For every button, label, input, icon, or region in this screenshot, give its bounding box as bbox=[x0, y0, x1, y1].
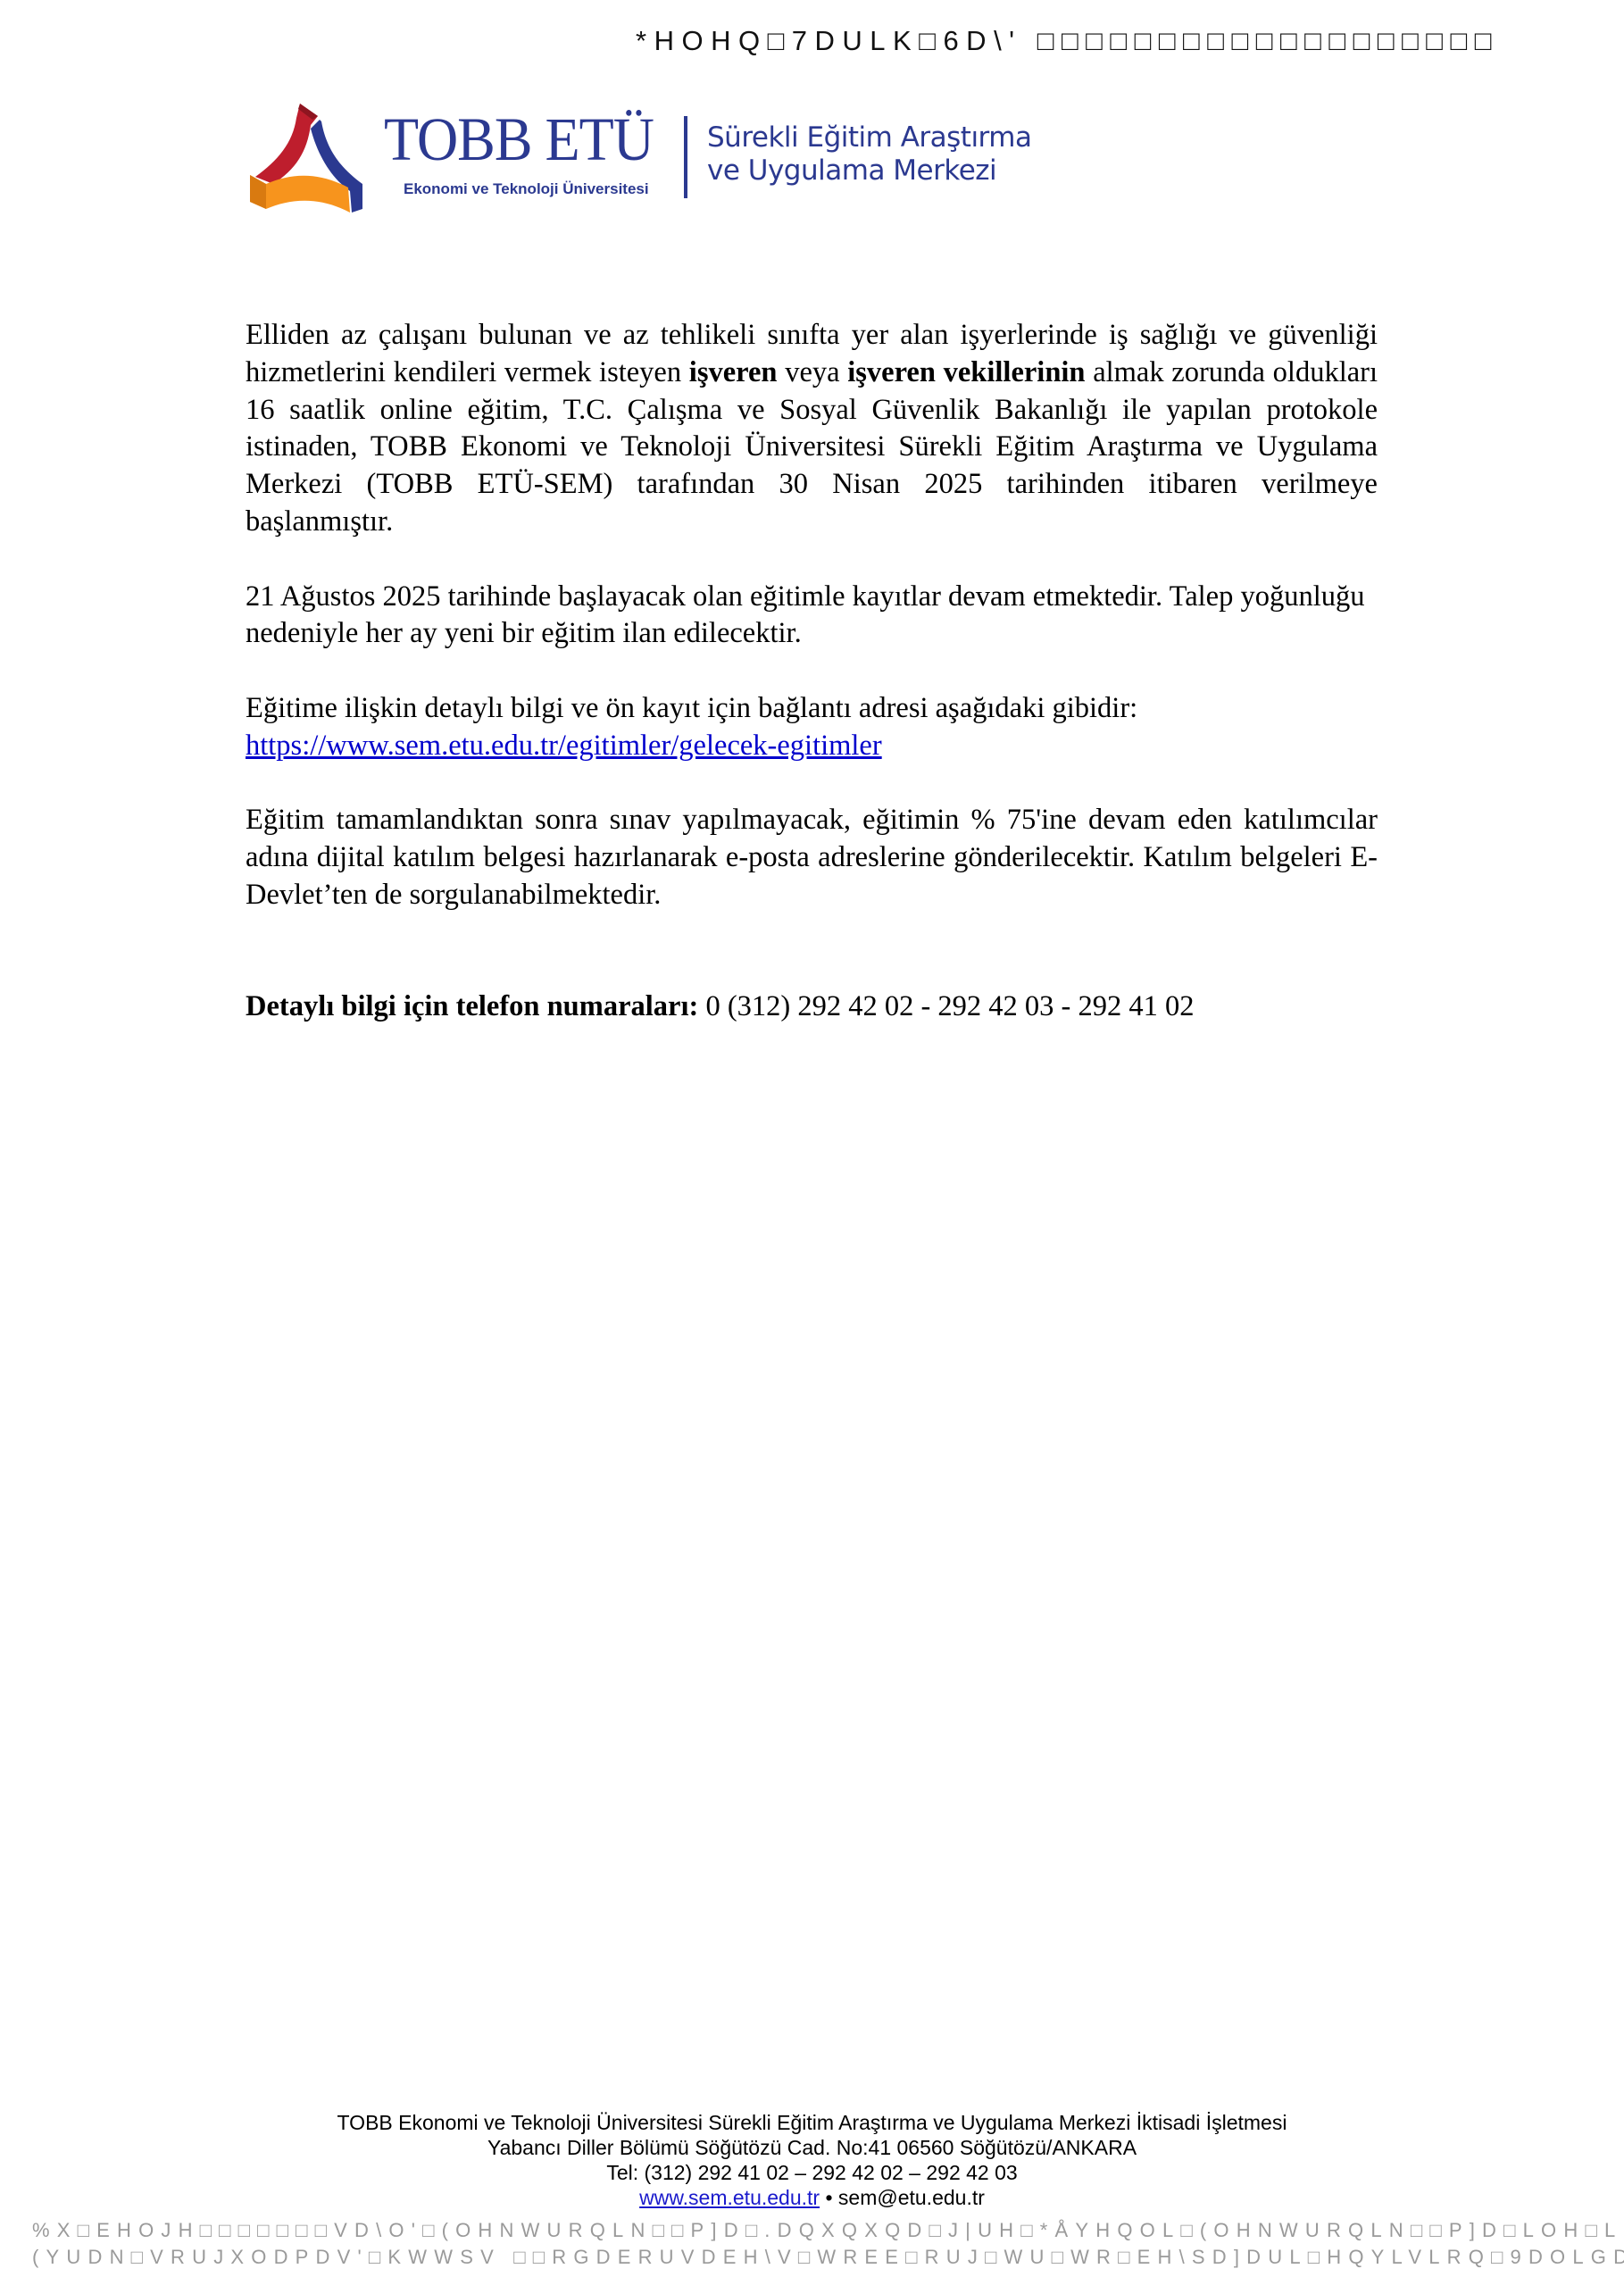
contact-phone-numbers: 0 (312) 292 42 02 - 292 42 03 - 292 41 0… bbox=[698, 990, 1194, 1022]
paragraph-link-text: Eğitime ilişkin detaylı bilgi ve ön kayı… bbox=[246, 692, 1137, 724]
tobb-etu-sem-logo: TOBB ETÜ Ekonomi ve Teknoloji Üniversite… bbox=[246, 98, 1050, 219]
footer: TOBB Ekonomi ve Teknoloji Üniversitesi S… bbox=[0, 2110, 1624, 2210]
contact-phones: Detaylı bilgi için telefon numaraları: 0… bbox=[246, 988, 1378, 1026]
footer-contact-line: www.sem.etu.edu.tr • sem@etu.edu.tr bbox=[0, 2185, 1624, 2210]
document-body: Elliden az çalışanı bulunan ve az tehlik… bbox=[246, 317, 1378, 1063]
garbled-footer-line2: (YUDN□VRUJXODPDV'□KWWSV □□RGDERUVDEH\V□W… bbox=[32, 2246, 1624, 2269]
logo-center-line2: ve Uygulama Merkezi bbox=[707, 154, 1031, 188]
paragraph-intro-bold-1: işveren bbox=[689, 356, 778, 388]
header-garbled-text: *HOHQ□7DULK□6D\' □□□□□□□□□□□□□□□□□□□ bbox=[636, 25, 1499, 57]
paragraph-intro: Elliden az çalışanı bulunan ve az tehlik… bbox=[246, 317, 1378, 541]
logo-divider bbox=[684, 116, 687, 198]
footer-email: sem@etu.edu.tr bbox=[838, 2186, 985, 2209]
paragraph-link: Eğitime ilişkin detaylı bilgi ve ön kayı… bbox=[246, 690, 1378, 765]
footer-website-link[interactable]: www.sem.etu.edu.tr bbox=[639, 2186, 820, 2209]
paragraph-intro-bold-2: işveren vekillerinin bbox=[847, 356, 1085, 388]
paragraph-intro-text-2: veya bbox=[778, 356, 848, 388]
garbled-footer-line1: %X□EHOJH□□□□□□□VD\O'□(OHNWURQLN□□P]D□.DQ… bbox=[32, 2219, 1624, 2242]
footer-separator: • bbox=[820, 2186, 838, 2209]
paragraph-registration: 21 Ağustos 2025 tarihinde başlayacak ola… bbox=[246, 579, 1378, 654]
logo-title: TOBB ETÜ bbox=[384, 109, 654, 171]
registration-link[interactable]: https://www.sem.etu.edu.tr/egitimler/gel… bbox=[246, 730, 882, 762]
paragraph-certificate: Eğitim tamamlandıktan sonra sınav yapılm… bbox=[246, 802, 1378, 913]
logo-subtitle: Ekonomi ve Teknoloji Üniversitesi bbox=[404, 180, 649, 198]
tobb-etu-triangle-logo-icon bbox=[246, 98, 367, 214]
footer-address: Yabancı Diller Bölümü Söğütözü Cad. No:4… bbox=[0, 2135, 1624, 2160]
footer-phone: Tel: (312) 292 41 02 – 292 42 02 – 292 4… bbox=[0, 2160, 1624, 2185]
footer-institution: TOBB Ekonomi ve Teknoloji Üniversitesi S… bbox=[0, 2110, 1624, 2135]
contact-label: Detaylı bilgi için telefon numaraları: bbox=[246, 990, 698, 1022]
logo-center-name: Sürekli Eğitim Araştırma ve Uygulama Mer… bbox=[707, 121, 1031, 188]
logo-center-line1: Sürekli Eğitim Araştırma bbox=[707, 121, 1031, 154]
